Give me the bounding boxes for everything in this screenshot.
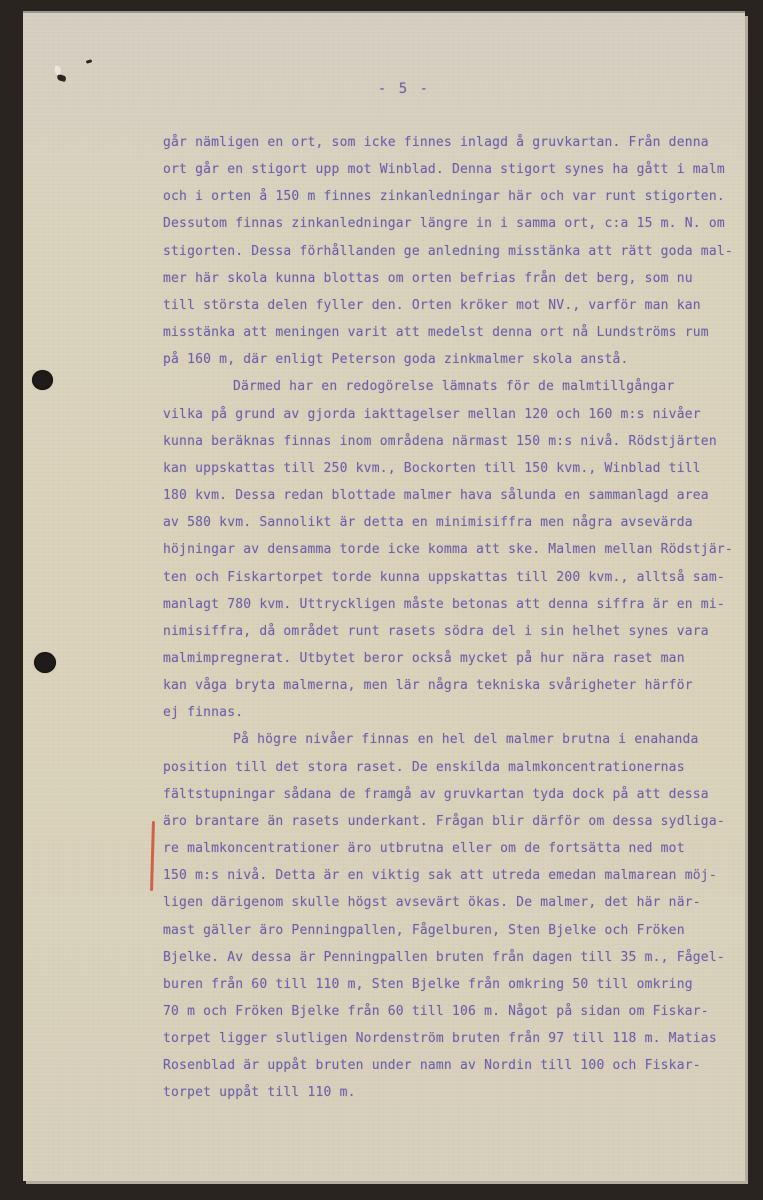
typewritten-line: Därmed har en redogörelse lämnats för de… [163,373,763,400]
typewritten-line: 180 kvm. Dessa redan blottade malmer hav… [163,482,763,509]
typewritten-line: re malmkoncentrationer äro utbrutna elle… [163,835,763,862]
typewritten-line: fältstupningar sådana de framgå av gruvk… [163,781,763,808]
typewritten-line: av 580 kvm. Sannolikt är detta en minimi… [163,509,763,536]
typewritten-line: kunna beräknas finnas inom områdena närm… [163,428,763,455]
typewritten-line: nimisiffra, då området runt rasets södra… [163,618,763,645]
typewritten-line: position till det stora raset. De enskil… [163,754,763,781]
typewritten-line: kan uppskattas till 250 kvm., Bockorten … [163,455,763,482]
typewritten-line: torpet uppåt till 110 m. [163,1079,763,1106]
typewritten-line: Rosenblad är uppåt bruten under namn av … [163,1052,763,1079]
typewritten-line: till största delen fyller den. Orten krö… [163,292,763,319]
page-number: - 5 - [23,81,745,97]
typewritten-line: och i orten å 150 m finnes zinkanledning… [163,183,763,210]
typewritten-line: ligen därigenom skulle högst avsevärt ök… [163,889,763,916]
typewritten-line: ort går en stigort upp mot Winblad. Denn… [163,156,763,183]
text-column: går nämligen en ort, som icke finnes inl… [163,129,763,1107]
typewritten-line: ej finnas. [163,699,763,726]
typewritten-line: malmimpregnerat. Utbytet beror också myc… [163,645,763,672]
typewritten-line: kan våga bryta malmerna, men lär några t… [163,672,763,699]
typewritten-line: äro brantare än rasets underkant. Frågan… [163,808,763,835]
typewritten-line: manlagt 780 kvm. Uttryckligen måste beto… [163,591,763,618]
typewritten-line: ten och Fiskartorpet torde kunna uppskat… [163,564,763,591]
typewritten-line: höjningar av densamma torde icke komma a… [163,536,763,563]
typewritten-line: mast gäller äro Penningpallen, Fågelbure… [163,917,763,944]
typewritten-line: stigorten. Dessa förhållanden ge anledni… [163,238,763,265]
typewritten-line: torpet ligger slutligen Nordenström brut… [163,1025,763,1052]
ink-speck [86,59,93,64]
typewritten-line: Bjelke. Av dessa är Penningpallen bruten… [163,944,763,971]
typewritten-line: på 160 m, där enligt Peterson goda zinkm… [163,346,763,373]
red-margin-mark [150,821,155,891]
typewritten-line: mer här skola kunna blottas om orten bef… [163,265,763,292]
typewritten-line: buren från 60 till 110 m, Sten Bjelke fr… [163,971,763,998]
scan-backdrop: - 5 - går nämligen en ort, som icke finn… [0,0,763,1200]
document-page: - 5 - går nämligen en ort, som icke finn… [23,13,745,1181]
typewritten-line: På högre nivåer finnas en hel del malmer… [163,726,763,753]
typewritten-line: Dessutom finnas zinkanledningar längre i… [163,210,763,237]
typewritten-line: vilka på grund av gjorda iakttagelser me… [163,401,763,428]
typewritten-line: går nämligen en ort, som icke finnes inl… [163,129,763,156]
typewritten-line: 70 m och Fröken Bjelke från 60 till 106 … [163,998,763,1025]
typewritten-line: misstänka att meningen varit att medelst… [163,319,763,346]
hole-punch-top [32,370,53,390]
hole-punch-bottom [34,652,56,673]
typewritten-line: 150 m:s nivå. Detta är en viktig sak att… [163,862,763,889]
